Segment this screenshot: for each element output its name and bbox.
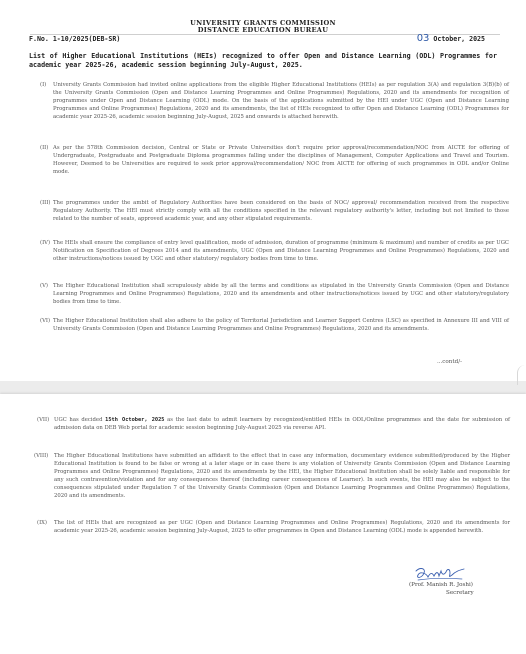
page-break [0, 381, 526, 394]
paragraph-8: (VIII) The Higher Educational Institutio… [54, 453, 510, 500]
date-month-year: October, 2025 [429, 35, 485, 43]
paragraph-number: (III) [40, 200, 50, 208]
paragraph-text: The Higher Educational Institution shall… [53, 318, 509, 332]
signatory-name: (Prof. Manish R. Joshi) [409, 582, 473, 588]
paragraph-number: (VIII) [34, 453, 48, 461]
paragraph-text: As per the 578th Commission decision, Ce… [53, 145, 509, 175]
paragraph-number: (VI) [40, 318, 50, 326]
paragraph-1: (I) University Grants Commission had inv… [53, 82, 509, 122]
paragraph-number: (IX) [37, 520, 47, 528]
paragraph-text: The Higher Educational Institutions have… [54, 453, 510, 499]
paragraph-number: (V) [40, 283, 48, 291]
paragraph-4: (IV) The HEIs shall ensure the complianc… [53, 240, 509, 264]
paragraph-number: (IV) [40, 240, 50, 248]
file-number: F.No. 1-10/2025(DEB-SR) [29, 35, 120, 43]
paragraph-text: The programmes under the ambit of Regula… [53, 200, 509, 222]
paragraph-text: The list of HEIs that are recognized as … [54, 520, 510, 534]
date-day: 03 [417, 33, 430, 44]
document-title: List of Higher Educational Institutions … [29, 52, 497, 70]
deadline-date: 15th October, 2025 [105, 417, 164, 423]
signatory-designation: Secretary [446, 590, 474, 596]
page-curl [517, 365, 526, 385]
paragraph-7: (VII) UGC has decided 15th October, 2025… [54, 417, 510, 433]
paragraph-number: (VII) [37, 417, 49, 425]
document-date: 03 October, 2025 [417, 33, 485, 44]
continued-marker: ...contd/- [437, 359, 462, 365]
paragraph-2: (II) As per the 578th Commission decisio… [53, 145, 509, 177]
paragraph-text: The HEIs shall ensure the compliance of … [53, 240, 509, 262]
paragraph-3: (III) The programmes under the ambit of … [53, 200, 509, 224]
paragraph-number: (I) [40, 82, 46, 90]
paragraph-text: The Higher Educational Institution shall… [53, 283, 509, 305]
paragraph-number: (II) [40, 145, 48, 153]
paragraph-6: (VI) The Higher Educational Institution … [53, 318, 509, 334]
signature-icon [412, 565, 468, 583]
paragraph-5: (V) The Higher Educational Institution s… [53, 283, 509, 307]
paragraph-text-start: UGC has decided [54, 417, 105, 423]
paragraph-text: University Grants Commission had invited… [53, 82, 509, 120]
paragraph-9: (IX) The list of HEIs that are recognize… [54, 520, 510, 536]
